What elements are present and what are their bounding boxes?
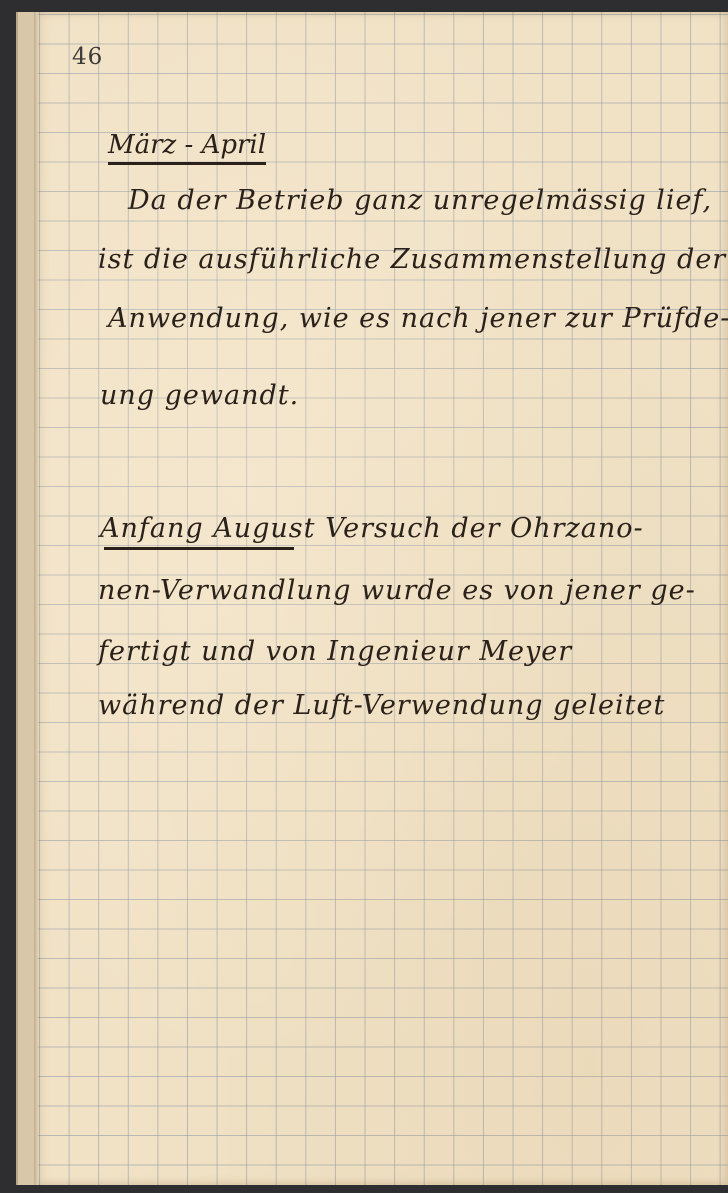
entry-line: ung gewandt. [100,380,299,411]
entry-line: Anwendung, wie es nach jener zur Prüfde- [108,303,728,334]
page-binding-edge [34,12,38,1185]
entry-line: Da der Betrieb ganz unregelmässig lief, [128,185,712,216]
entry-line-with-heading: Anfang August Versuch der Ohrzano- [100,513,644,544]
entry-line: nen-Verwandlung wurde es von jener ge- [98,575,696,606]
entry-heading-march-april: März - April [108,130,266,165]
entry-line: während der Luft-Verwendung geleitet [98,690,665,721]
page-number: 46 [72,44,103,70]
heading-underline [104,547,294,550]
entry-line: ist die ausführliche Zusammenstellung de… [98,244,726,275]
entry-line: fertigt und von Ingenieur Meyer [98,636,572,667]
